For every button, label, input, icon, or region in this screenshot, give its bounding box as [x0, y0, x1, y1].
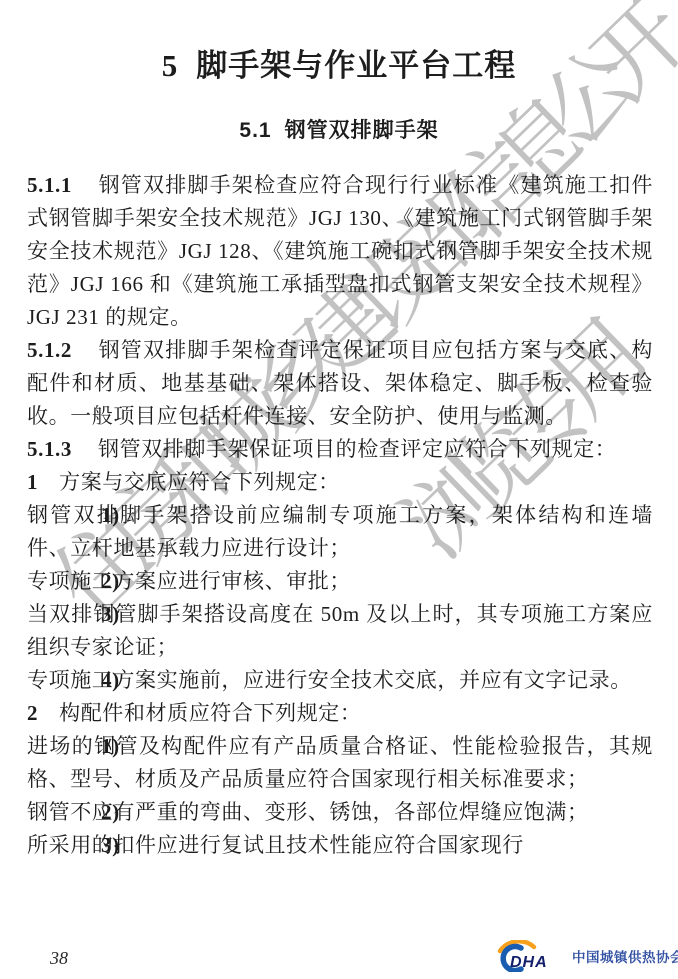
section-number: 5.1: [239, 119, 271, 142]
list-item-number: 2: [27, 701, 38, 725]
clause-text: 钢管双排脚手架检查应符合现行行业标准《建筑施工扣件式钢管脚手架安全技术规范》JG…: [27, 173, 653, 329]
list-item-text: 当双排钢管脚手架搭设高度在 50m 及以上时，其专项施工方案应组织专家论证；: [27, 602, 653, 659]
list-item-level2: 1)钢管双排脚手架搭设前应编制专项施工方案，架体结构和连墙件、立杆地基承载力应进…: [27, 499, 653, 565]
logo-acronym: DHA: [510, 954, 548, 971]
list-item-level1: 2构配件和材质应符合下列规定：: [27, 697, 653, 730]
list-item-text: 方案与交底应符合下列规定：: [59, 470, 340, 494]
section-title-text: 钢管双排脚手架: [285, 119, 439, 142]
clause-paragraph: 5.1.1钢管双排脚手架检查应符合现行行业标准《建筑施工扣件式钢管脚手架安全技术…: [27, 169, 653, 334]
list-item-text: 钢管双排脚手架搭设前应编制专项施工方案，架体结构和连墙件、立杆地基承载力应进行设…: [27, 503, 653, 560]
document-page: 住房和城乡建设部信息公开 浏览专用 5脚手架与作业平台工程 5.1钢管双排脚手架…: [0, 0, 678, 979]
logo-org-name: 中国城镇供热协会: [572, 946, 678, 966]
list-item-number: 1: [27, 470, 38, 494]
list-item-text: 进场的钢管及构配件应有产品质量合格证、性能检验报告，其规格、型号、材质及产品质量…: [27, 734, 653, 791]
chapter-title: 5脚手架与作业平台工程: [0, 40, 678, 85]
list-item-number: 4): [101, 664, 120, 697]
list-item-level1: 1方案与交底应符合下列规定：: [27, 466, 653, 499]
clause-number: 5.1.1: [27, 173, 72, 197]
clause-text: 钢管双排脚手架检查评定保证项目应包括方案与交底、构配件和材质、地基基础、架体搭设…: [27, 338, 653, 428]
clause-text: 钢管双排脚手架保证项目的检查评定应符合下列规定：: [98, 437, 616, 461]
chapter-title-text: 脚手架与作业平台工程: [196, 48, 516, 83]
dha-logo: DHA 中国城镇供热协会: [496, 940, 678, 972]
clause-paragraph: 5.1.2钢管双排脚手架检查评定保证项目应包括方案与交底、构配件和材质、地基基础…: [27, 334, 653, 433]
list-item-level2: 2)专项施工方案应进行审核、审批；: [27, 565, 653, 598]
list-item-level2: 3)当双排钢管脚手架搭设高度在 50m 及以上时，其专项施工方案应组织专家论证；: [27, 598, 653, 664]
list-item-number: 3): [101, 829, 120, 862]
clause-paragraph: 5.1.3钢管双排脚手架保证项目的检查评定应符合下列规定：: [27, 433, 653, 466]
list-item-text: 专项施工方案应进行审核、审批；: [27, 569, 351, 593]
list-item-number: 3): [101, 598, 120, 631]
list-item-level2: 1)进场的钢管及构配件应有产品质量合格证、性能检验报告，其规格、型号、材质及产品…: [27, 730, 653, 796]
dha-logo-mark-icon: DHA: [496, 940, 564, 972]
list-item-number: 2): [101, 565, 120, 598]
list-item-text: 构配件和材质应符合下列规定：: [59, 701, 361, 725]
list-item-level2: 3)所采用的扣件应进行复试且技术性能应符合国家现行: [27, 829, 653, 862]
list-item-number: 1): [101, 730, 120, 763]
list-item-number: 1): [101, 499, 120, 532]
chapter-number: 5: [162, 48, 179, 83]
body-text: 5.1.1钢管双排脚手架检查应符合现行行业标准《建筑施工扣件式钢管脚手架安全技术…: [27, 169, 653, 862]
list-item-number: 2): [101, 796, 120, 829]
section-title: 5.1钢管双排脚手架: [0, 114, 678, 144]
clause-number: 5.1.2: [27, 338, 72, 362]
list-item-level2: 2)钢管不应有严重的弯曲、变形、锈蚀，各部位焊缝应饱满；: [27, 796, 653, 829]
page-number: 38: [50, 948, 68, 969]
list-item-level2: 4)专项施工方案实施前，应进行安全技术交底，并应有文字记录。: [27, 664, 653, 697]
clause-number: 5.1.3: [27, 437, 72, 461]
